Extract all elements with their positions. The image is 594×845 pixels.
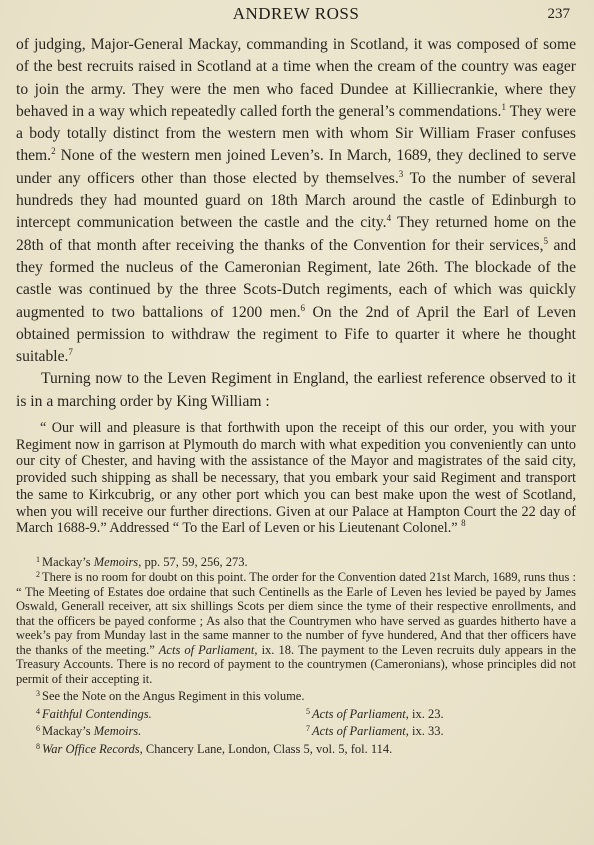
footnote-1: 1Mackay’s Memoirs, pp. 57, 59, 256, 273. <box>16 555 576 570</box>
book-page: ANDREW ROSS 237 of judging, Major-Genera… <box>0 0 594 845</box>
footnote-3: 3See the Note on the Angus Regiment in t… <box>16 689 576 704</box>
footnote-ref-7: 7 <box>68 347 73 357</box>
footnote-8: 8War Office Records, Chancery Lane, Lond… <box>16 742 576 757</box>
paragraph-1: of judging, Major-General Mackay, comman… <box>16 34 576 368</box>
quote-text: “ Our will and pleasure is that forthwit… <box>16 420 576 536</box>
page-number: 237 <box>548 6 571 23</box>
footnote-2: 2There is no room for doubt on this poin… <box>16 570 576 686</box>
paragraph-2: Turning now to the Leven Regiment in Eng… <box>16 368 576 413</box>
main-text: of judging, Major-General Mackay, comman… <box>16 34 576 413</box>
footnote-ref-8: 8 <box>461 518 466 528</box>
block-quote: “ Our will and pleasure is that forthwit… <box>16 420 576 537</box>
footnote-5: 5Acts of Parliament, ix. 23. <box>306 707 576 722</box>
footnote-row-6-7: 6Mackay’s Memoirs. 7Acts of Parliament, … <box>16 724 576 739</box>
footnote-4: 4Faithful Contendings. <box>36 707 306 722</box>
page-header: ANDREW ROSS 237 <box>16 0 576 34</box>
footnotes: 1Mackay’s Memoirs, pp. 57, 59, 256, 273.… <box>16 555 576 757</box>
footnote-6: 6Mackay’s Memoirs. <box>36 724 306 739</box>
footnote-row-4-5: 4Faithful Contendings. 5Acts of Parliame… <box>16 707 576 722</box>
footnote-7: 7Acts of Parliament, ix. 33. <box>306 724 576 739</box>
running-title: ANDREW ROSS <box>16 4 576 24</box>
